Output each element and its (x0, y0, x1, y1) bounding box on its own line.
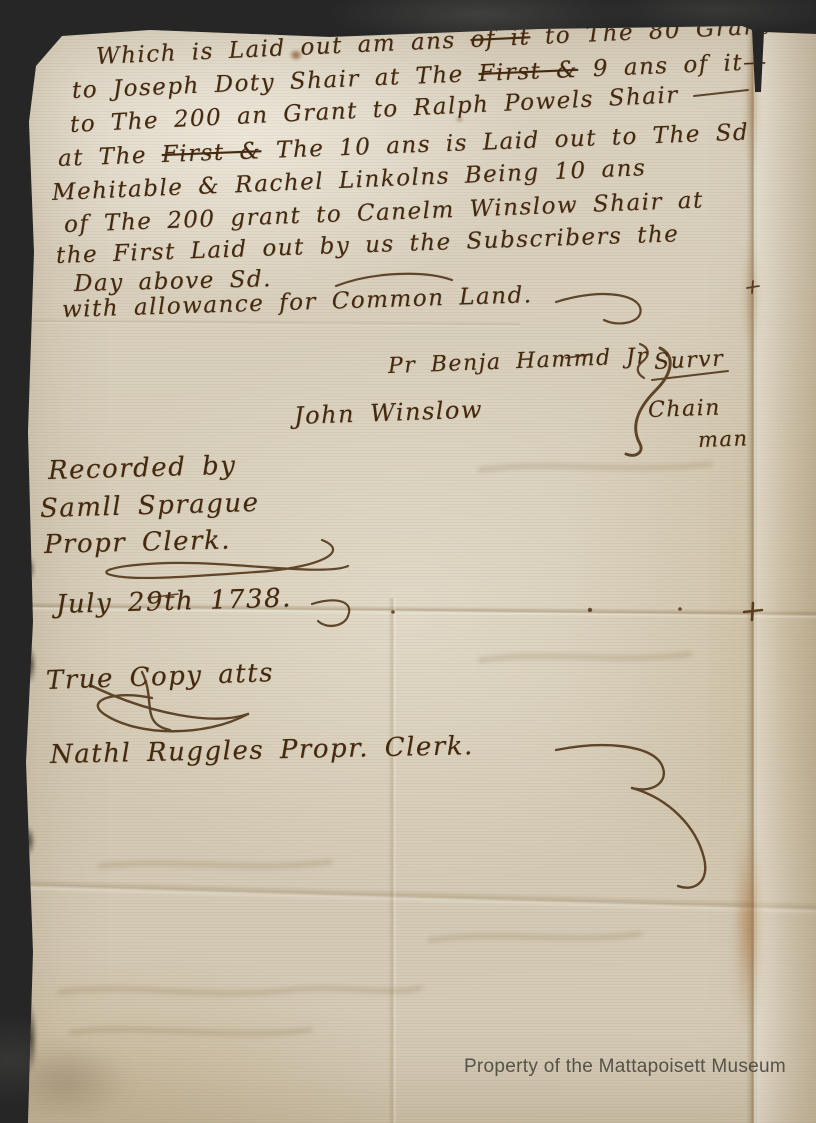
chainman-role-label: Chain (648, 395, 722, 423)
chainman-role-label: man (698, 426, 749, 452)
scanned-document: Which is Laid out am ans of it to The 80… (0, 0, 816, 1123)
edge-damage-mark (25, 646, 36, 684)
struck-words: First & (478, 57, 579, 87)
recorder-name-line: Samll Sprague (40, 488, 260, 524)
recorder-title-line: Propr Clerk. (44, 525, 232, 560)
edge-damage-mark (23, 826, 35, 856)
struck-words: of it (470, 24, 531, 53)
struck-words: First & (161, 138, 262, 168)
edge-damage-mark (23, 556, 35, 582)
edge-damage-mark (24, 1002, 37, 1074)
surveyor-role-label: Survr (653, 346, 724, 375)
recorded-by-line: Recorded by (48, 451, 237, 486)
manuscript-page: Which is Laid out am ans of it to The 80… (0, 0, 816, 1123)
manuscript-text: at The (58, 142, 163, 172)
museum-watermark: Property of the Mattapoisett Museum (464, 1056, 786, 1078)
